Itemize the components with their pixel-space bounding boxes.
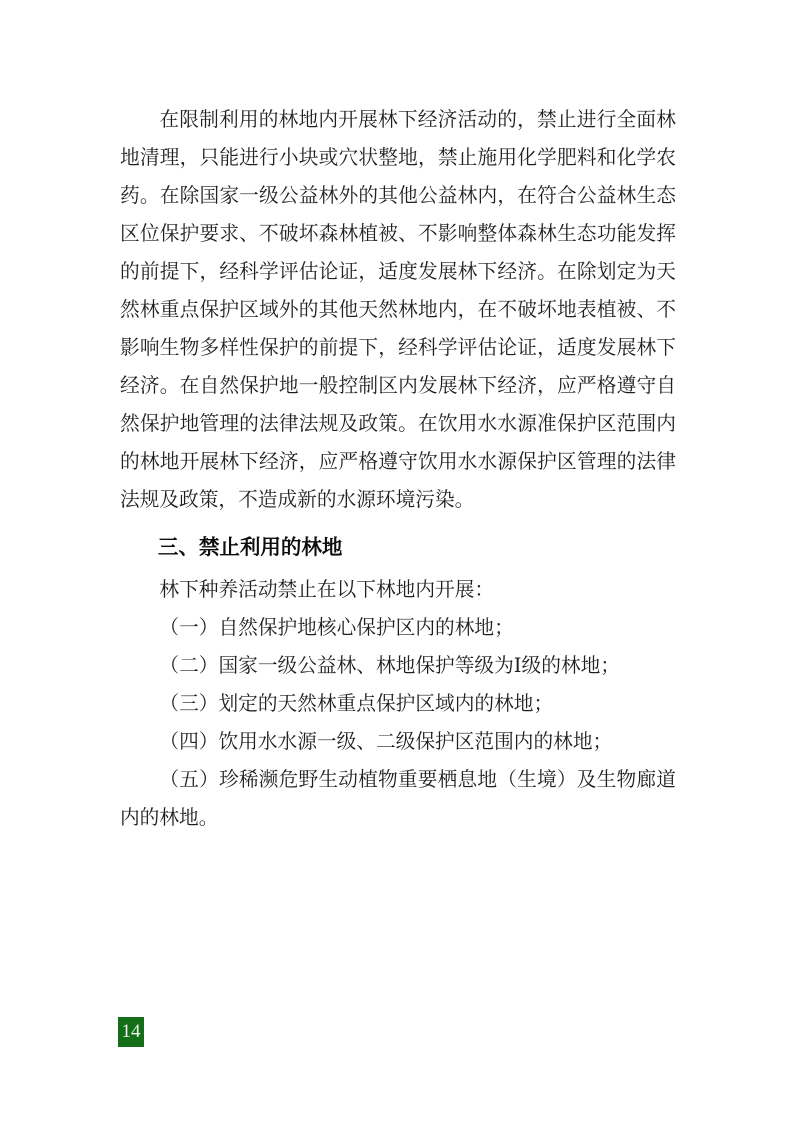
list-item-2: （二）国家一级公益林、林地保护等级为Ⅰ级的林地； <box>120 647 676 685</box>
list-item-3: （三）划定的天然林重点保护区域内的林地； <box>120 685 676 723</box>
page-number-badge: 14 <box>118 1017 144 1047</box>
list-item-5: （五）珍稀濒危野生动植物重要栖息地（生境）及生物廊道内的林地。 <box>120 761 676 837</box>
paragraph-restricted-use-rules: 在限制利用的林地内开展林下经济活动的，禁止进行全面林地清理，只能进行小块或穴状整… <box>120 101 676 519</box>
list-item-1: （一）自然保护地核心保护区内的林地； <box>120 609 676 647</box>
section-heading-prohibited-forest-land: 三、禁止利用的林地 <box>120 529 676 567</box>
list-item-4: （四）饮用水水源一级、二级保护区范围内的林地； <box>120 723 676 761</box>
section-intro-line: 林下种养活动禁止在以下林地内开展： <box>120 571 676 609</box>
document-page: 在限制利用的林地内开展林下经济活动的，禁止进行全面林地清理，只能进行小块或穴状整… <box>0 0 793 1122</box>
document-content: 在限制利用的林地内开展林下经济活动的，禁止进行全面林地清理，只能进行小块或穴状整… <box>120 101 676 837</box>
